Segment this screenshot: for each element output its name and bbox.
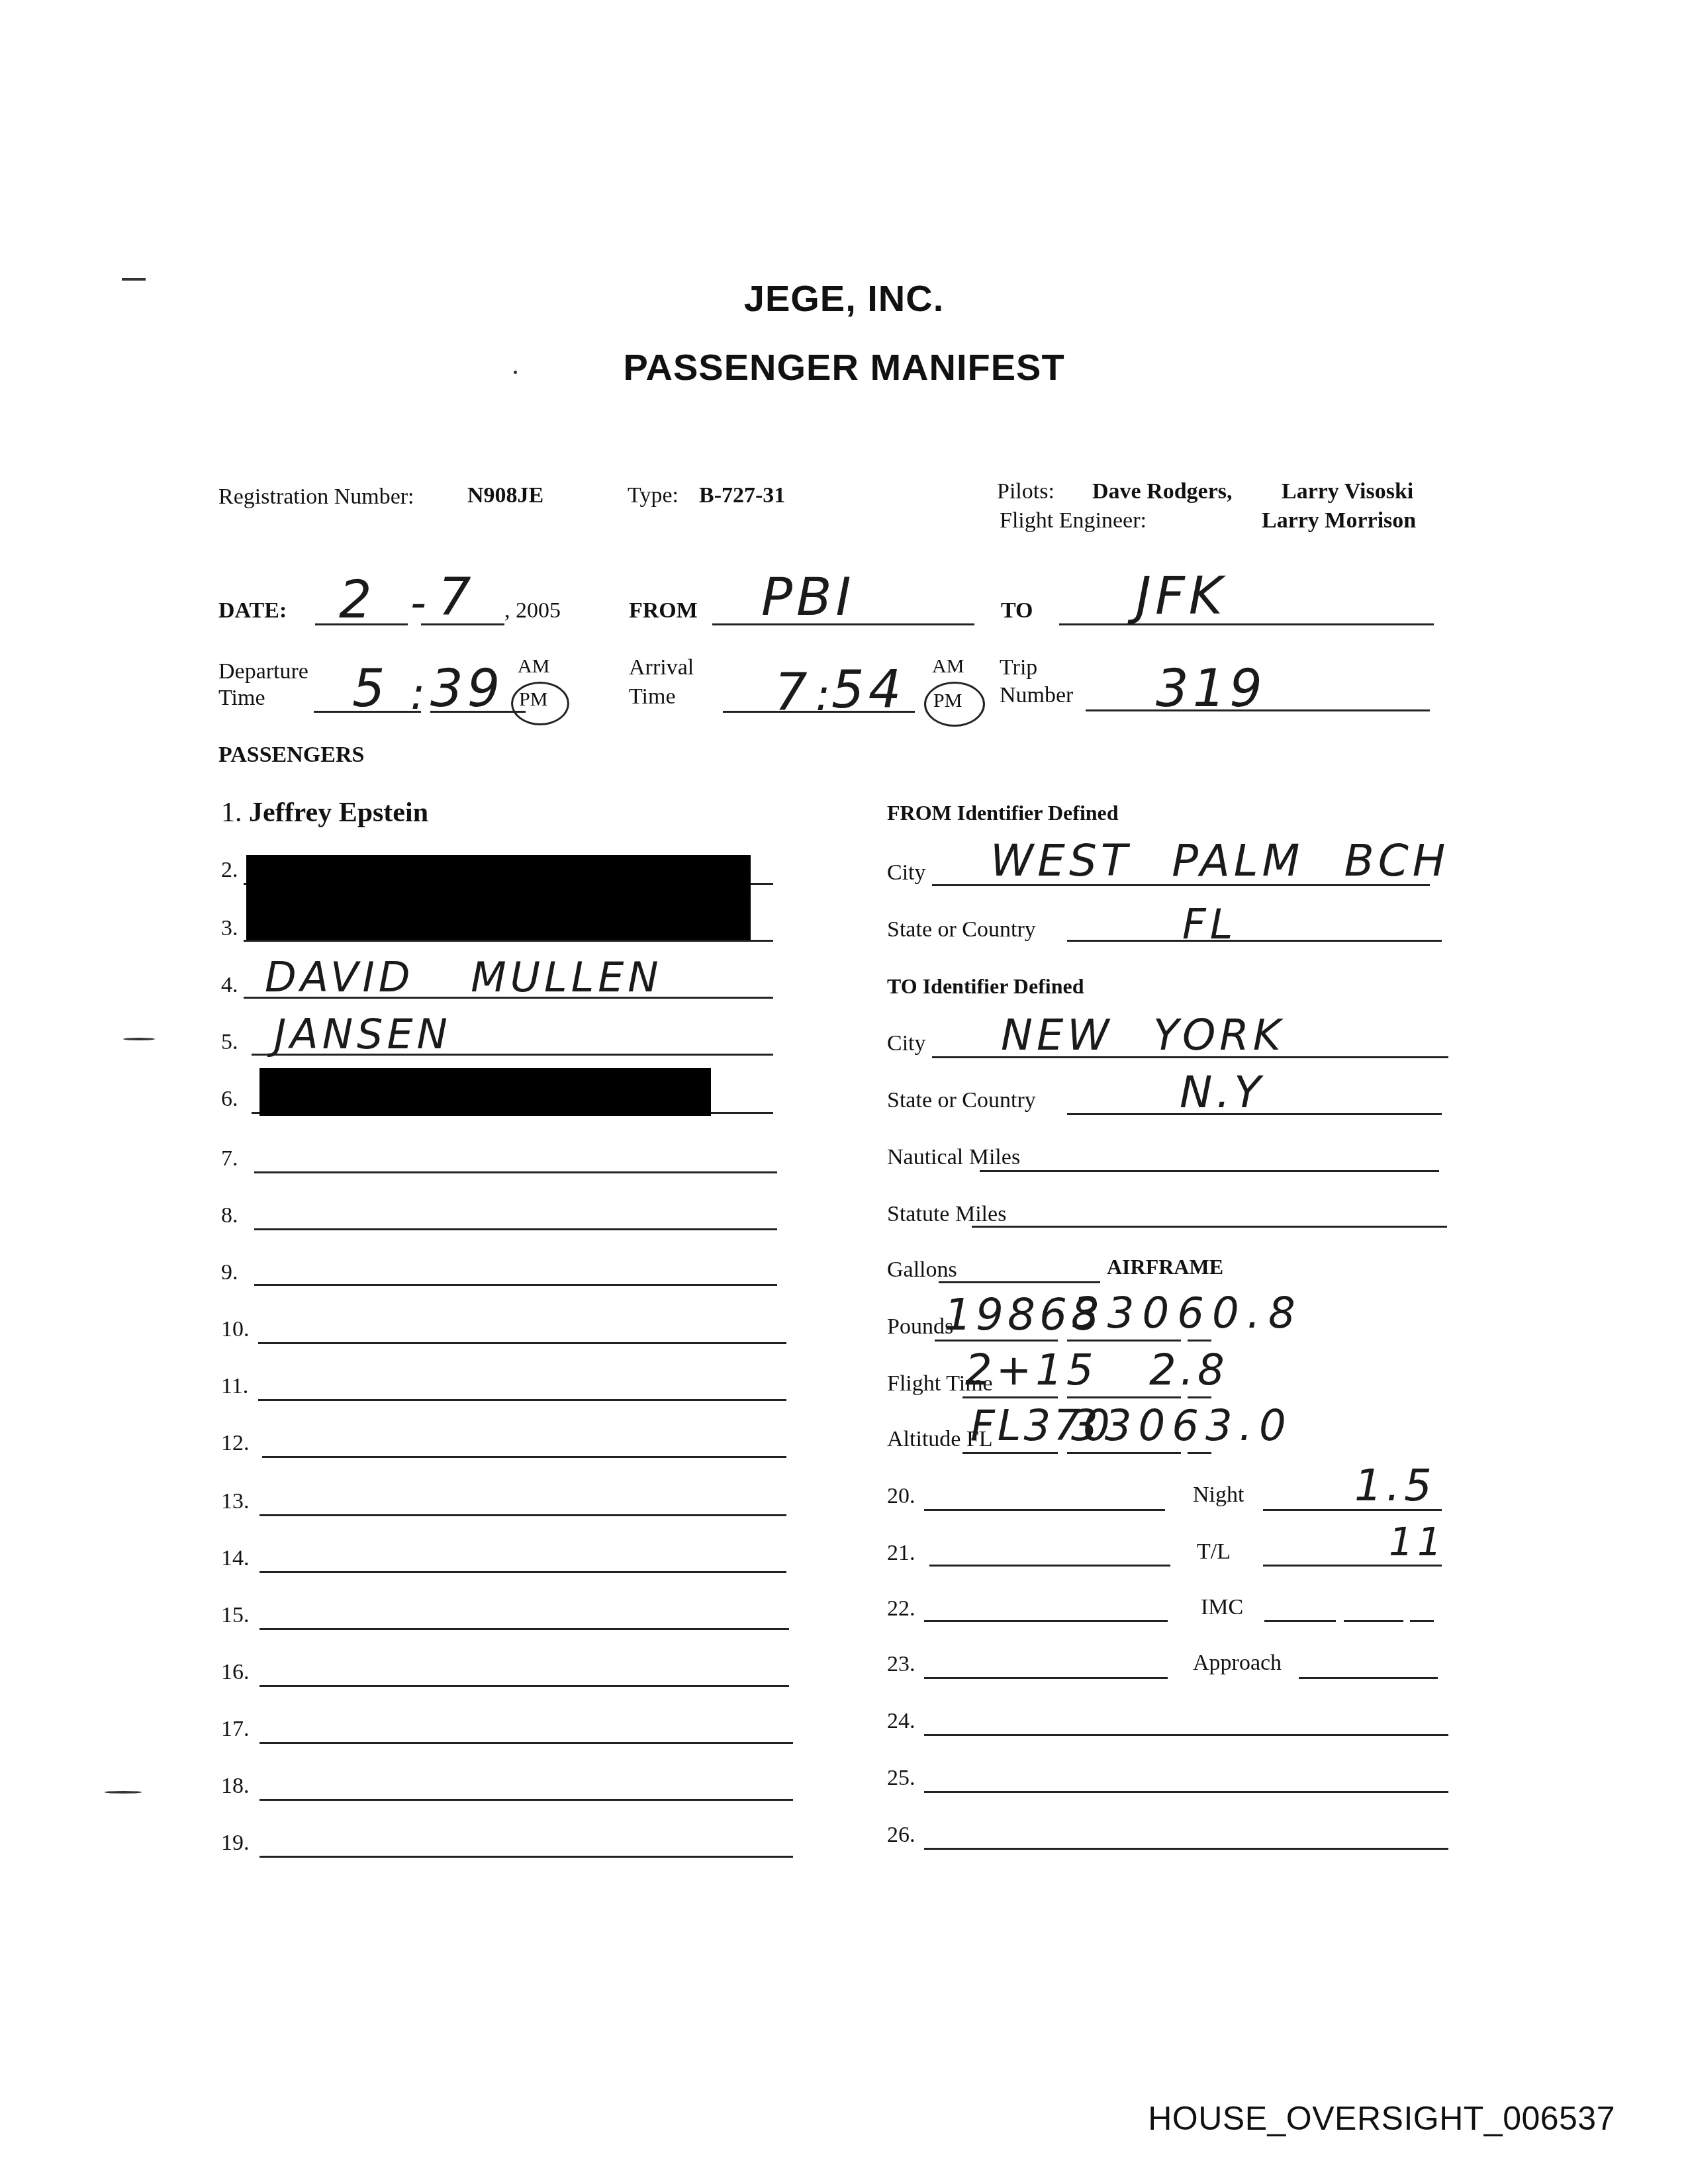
date-label: DATE: — [218, 598, 287, 623]
date-year: , 2005 — [504, 598, 561, 623]
passenger-number: 6. — [221, 1087, 238, 1112]
tl-label: T/L — [1197, 1539, 1231, 1565]
from-label: FROM — [629, 598, 698, 623]
passenger-number: 4. — [221, 973, 238, 998]
bates-number: HOUSE_OVERSIGHT_006537 — [1148, 2099, 1615, 2138]
departure-colon: : — [410, 668, 429, 719]
extra-number: 21. — [887, 1541, 915, 1566]
passenger-line — [259, 1742, 793, 1744]
type-label: Type: — [628, 483, 679, 508]
to-state-label: State or Country — [887, 1088, 1036, 1113]
passenger-line — [259, 1571, 786, 1573]
from-value: PBI — [761, 568, 855, 627]
trip-label-1: Trip — [1000, 655, 1037, 680]
passenger-name: Jeffrey Epstein — [249, 797, 428, 828]
flight-time-value: 2+15 — [965, 1346, 1098, 1395]
document-title: PASSENGER MANIFEST — [0, 345, 1688, 388]
to-identifier-heading: TO Identifier Defined — [887, 974, 1084, 999]
extra-number: 24. — [887, 1709, 915, 1734]
passenger-line — [259, 1628, 789, 1630]
arrival-label-1: Arrival — [629, 655, 694, 680]
night-label: Night — [1193, 1482, 1244, 1508]
scan-mark — [122, 278, 146, 281]
passenger-number: 8. — [221, 1203, 238, 1228]
extra-number: 22. — [887, 1596, 915, 1621]
arrival-am: AM — [932, 655, 964, 678]
passenger-line — [258, 1342, 786, 1344]
passengers-heading: PASSENGERS — [218, 743, 364, 768]
passenger-number: 5. — [221, 1030, 238, 1055]
passenger-line — [254, 1171, 777, 1173]
date-separator: - — [410, 577, 430, 628]
extra-number: 20. — [887, 1484, 915, 1509]
passenger-number: 16. — [221, 1660, 250, 1685]
airframe-heading: AIRFRAME — [1107, 1255, 1223, 1279]
flight-time-airframe: 2.8 — [1149, 1346, 1229, 1395]
pounds-airframe: 33060.8 — [1072, 1289, 1303, 1338]
registration-label: Registration Number: — [218, 484, 414, 510]
passenger-line — [244, 940, 773, 942]
passenger-line — [259, 1799, 793, 1801]
flight-engineer-value: Larry Morrison — [1262, 508, 1416, 533]
date-day: 7 — [438, 568, 475, 627]
scan-mark — [514, 371, 517, 374]
pilot-2: Larry Visoski — [1282, 479, 1413, 504]
passenger-number: 3. — [221, 916, 238, 941]
flight-engineer-label: Flight Engineer: — [1000, 508, 1147, 533]
from-city-value: WEST PALM BCH — [990, 835, 1450, 886]
scan-mark — [105, 1791, 142, 1794]
date-month: 2 — [339, 570, 376, 630]
passenger-name: DAVID MULLEN — [265, 953, 663, 1001]
type-value: B-727-31 — [699, 483, 785, 508]
arrival-hour: 7 — [774, 663, 812, 723]
departure-label-1: Departure — [218, 659, 308, 684]
pilot-1: Dave Rodgers, — [1092, 479, 1233, 504]
passenger-number: 11. — [221, 1374, 248, 1399]
passenger-line — [259, 1514, 786, 1516]
arrival-pm: PM — [933, 690, 962, 712]
pilots-label: Pilots: — [997, 479, 1055, 504]
to-label: TO — [1001, 598, 1033, 623]
from-city-label: City — [887, 860, 926, 886]
scan-mark — [123, 1038, 155, 1040]
passenger-number: 14. — [221, 1546, 250, 1571]
gallons-line — [939, 1281, 1100, 1283]
statute-miles-label: Statute Miles — [887, 1202, 1006, 1227]
passenger-line — [262, 1456, 786, 1458]
departure-label-2: Time — [218, 686, 265, 711]
nautical-miles-label: Nautical Miles — [887, 1145, 1020, 1170]
passenger-number: 2. — [221, 858, 238, 883]
company-name: JEGE, INC. — [0, 277, 1688, 320]
redaction-block — [259, 1068, 711, 1116]
departure-am: AM — [518, 655, 549, 678]
passenger-number: 17. — [221, 1717, 250, 1742]
arrival-label-2: Time — [629, 684, 676, 709]
departure-minute: 39 — [430, 659, 504, 719]
passenger-number: 13. — [221, 1489, 250, 1514]
extra-number: 26. — [887, 1823, 915, 1848]
to-city-value: NEW YORK — [1001, 1011, 1285, 1060]
passenger-line — [259, 1685, 789, 1687]
trip-label-2: Number — [1000, 683, 1073, 708]
nautical-miles-line — [980, 1170, 1439, 1172]
redaction-block — [246, 855, 751, 940]
passenger-number: 10. — [221, 1317, 250, 1342]
passenger-number: 1. — [221, 797, 242, 828]
passenger-line — [254, 1284, 777, 1286]
passenger-number: 7. — [221, 1146, 238, 1171]
passenger-name: JANSEN — [274, 1010, 451, 1058]
tl-value: 11 — [1389, 1520, 1446, 1565]
approach-label: Approach — [1193, 1651, 1282, 1676]
departure-pm: PM — [519, 688, 547, 711]
to-state-value: N.Y — [1180, 1067, 1265, 1118]
extra-number: 23. — [887, 1652, 915, 1677]
gallons-label: Gallons — [887, 1257, 957, 1283]
passenger-number: 12. — [221, 1431, 250, 1456]
trip-number: 319 — [1156, 659, 1266, 719]
passenger-line — [259, 1856, 793, 1858]
from-state-label: State or Country — [887, 917, 1036, 942]
passenger-number: 18. — [221, 1774, 250, 1799]
statute-miles-line — [972, 1226, 1447, 1228]
passenger-line — [254, 1228, 777, 1230]
altitude-airframe: 33063.0 — [1071, 1402, 1293, 1451]
to-value: JFK — [1136, 567, 1227, 626]
imc-label: IMC — [1201, 1595, 1243, 1620]
to-city-label: City — [887, 1031, 926, 1056]
from-state-value: FL — [1182, 900, 1237, 948]
passenger-number: 15. — [221, 1603, 250, 1628]
passenger-row-1: 1. Jeffrey Epstein — [221, 797, 428, 829]
from-identifier-heading: FROM Identifier Defined — [887, 801, 1119, 825]
arrival-minute: 54 — [831, 660, 905, 720]
registration-value: N908JE — [467, 483, 543, 508]
extra-number: 25. — [887, 1766, 915, 1791]
departure-hour: 5 — [352, 659, 389, 719]
passenger-number: 19. — [221, 1831, 250, 1856]
passenger-number: 9. — [221, 1260, 238, 1285]
passenger-line — [258, 1399, 786, 1401]
night-value: 1.5 — [1354, 1460, 1436, 1511]
